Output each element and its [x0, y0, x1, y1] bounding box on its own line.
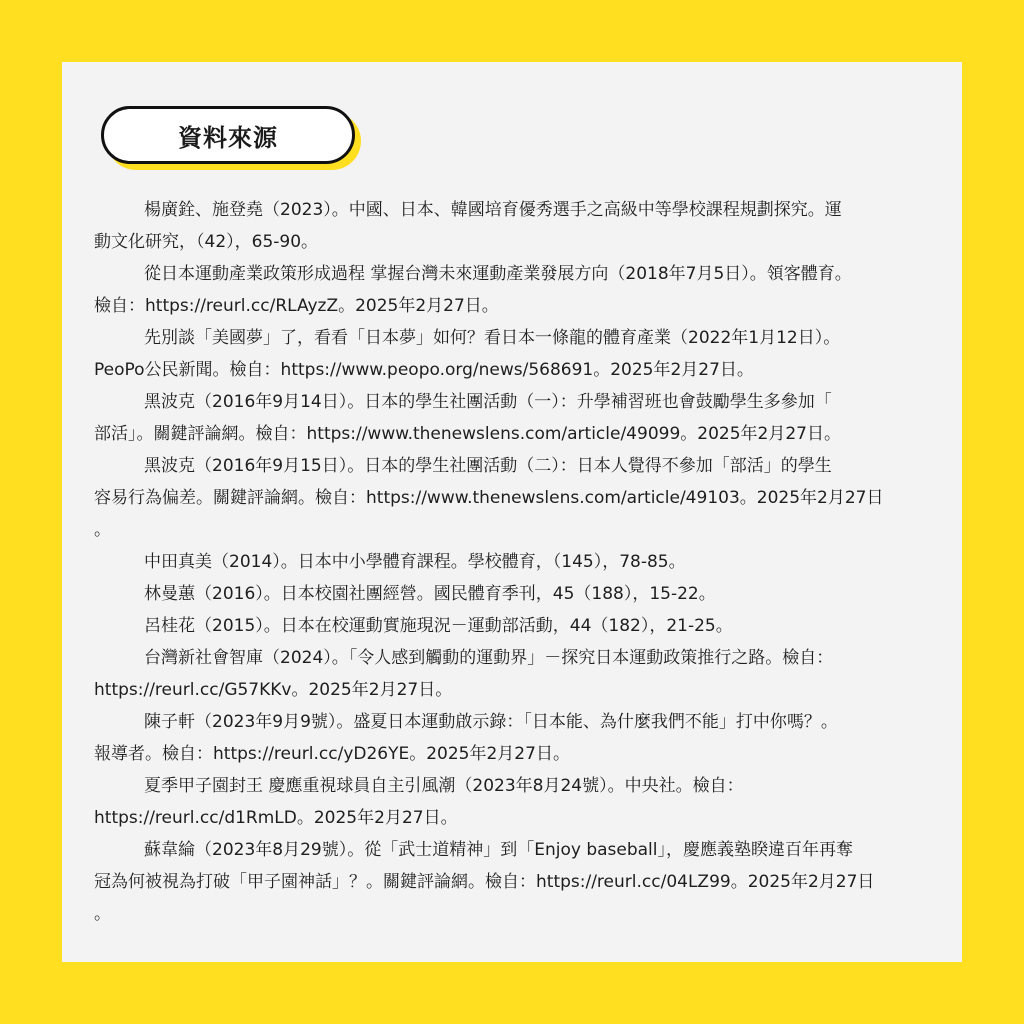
reference-item: 從日本運動產業政策形成過程 掌握台灣未來運動產業發展方向（2018年7月5日）。…	[94, 258, 954, 322]
reference-line: 容易行為偏差。關鍵評論網。檢自：https://www.thenewslens.…	[94, 482, 954, 514]
reference-item: 夏季甲子園封王 慶應重視球員自主引風潮（2023年8月24號）。中央社。檢自： …	[94, 770, 954, 834]
reference-line: 部活」。關鍵評論網。檢自：https://www.thenewslens.com…	[94, 418, 954, 450]
section-title: 資料來源	[101, 106, 355, 164]
reference-line: 動文化研究，（42），65-90。	[94, 226, 954, 258]
reference-line: 蘇韋綸（2023年8月29號）。從「武士道精神」到「Enjoy baseball…	[94, 834, 954, 866]
reference-line: PeoPo公民新聞。檢自：https://www.peopo.org/news/…	[94, 354, 954, 386]
reference-line: 黑波克（2016年9月15日）。日本的學生社團活動（二）：日本人覺得不參加「部活…	[94, 450, 954, 482]
reference-item: 黑波克（2016年9月14日）。日本的學生社團活動（一）：升學補習班也會鼓勵學生…	[94, 386, 954, 450]
reference-item: 呂桂花（2015）。日本在校運動實施現況－運動部活動，44（182），21-25…	[94, 610, 954, 642]
reference-line: 冠為何被視為打破「甲子園神話」？。關鍵評論網。檢自：https://reurl.…	[94, 866, 954, 898]
reference-line: 從日本運動產業政策形成過程 掌握台灣未來運動產業發展方向（2018年7月5日）。…	[94, 258, 954, 290]
reference-item: 先別談「美國夢」了，看看「日本夢」如何？看日本一條龍的體育產業（2022年1月1…	[94, 322, 954, 386]
reference-line: https://reurl.cc/G57KKv。2025年2月27日。	[94, 674, 954, 706]
reference-line: 陳子軒（2023年9月9號）。盛夏日本運動啟示錄：「日本能、為什麼我們不能」打中…	[94, 706, 954, 738]
reference-item: 陳子軒（2023年9月9號）。盛夏日本運動啟示錄：「日本能、為什麼我們不能」打中…	[94, 706, 954, 770]
reference-line: 林曼蕙（2016）。日本校園社團經營。國民體育季刊，45（188），15-22。	[94, 578, 954, 610]
reference-line: 檢自：https://reurl.cc/RLAyzZ。2025年2月27日。	[94, 290, 954, 322]
section-header: 資料來源	[101, 106, 355, 164]
reference-line: 夏季甲子園封王 慶應重視球員自主引風潮（2023年8月24號）。中央社。檢自：	[94, 770, 954, 802]
reference-line: https://reurl.cc/d1RmLD。2025年2月27日。	[94, 802, 954, 834]
reference-item: 林曼蕙（2016）。日本校園社團經營。國民體育季刊，45（188），15-22。	[94, 578, 954, 610]
reference-line: 。	[94, 898, 954, 930]
reference-item: 中田真美（2014）。日本中小學體育課程。學校體育，（145），78-85。	[94, 546, 954, 578]
reference-line: 呂桂花（2015）。日本在校運動實施現況－運動部活動，44（182），21-25…	[94, 610, 954, 642]
reference-list: 楊廣銓、施登堯（2023）。中國、日本、韓國培育優秀選手之高級中等學校課程規劃探…	[94, 194, 954, 930]
reference-line: 報導者。檢自：https://reurl.cc/yD26YE。2025年2月27…	[94, 738, 954, 770]
reference-line: 黑波克（2016年9月14日）。日本的學生社團活動（一）：升學補習班也會鼓勵學生…	[94, 386, 954, 418]
reference-line: 。	[94, 514, 954, 546]
reference-line: 楊廣銓、施登堯（2023）。中國、日本、韓國培育優秀選手之高級中等學校課程規劃探…	[94, 194, 954, 226]
content-card: 資料來源 楊廣銓、施登堯（2023）。中國、日本、韓國培育優秀選手之高級中等學校…	[62, 62, 962, 962]
reference-line: 台灣新社會智庫（2024）。「令人感到觸動的運動界」－探究日本運動政策推行之路。…	[94, 642, 954, 674]
reference-item: 蘇韋綸（2023年8月29號）。從「武士道精神」到「Enjoy baseball…	[94, 834, 954, 930]
reference-item: 台灣新社會智庫（2024）。「令人感到觸動的運動界」－探究日本運動政策推行之路。…	[94, 642, 954, 706]
reference-item: 黑波克（2016年9月15日）。日本的學生社團活動（二）：日本人覺得不參加「部活…	[94, 450, 954, 546]
reference-item: 楊廣銓、施登堯（2023）。中國、日本、韓國培育優秀選手之高級中等學校課程規劃探…	[94, 194, 954, 258]
reference-line: 中田真美（2014）。日本中小學體育課程。學校體育，（145），78-85。	[94, 546, 954, 578]
reference-line: 先別談「美國夢」了，看看「日本夢」如何？看日本一條龍的體育產業（2022年1月1…	[94, 322, 954, 354]
